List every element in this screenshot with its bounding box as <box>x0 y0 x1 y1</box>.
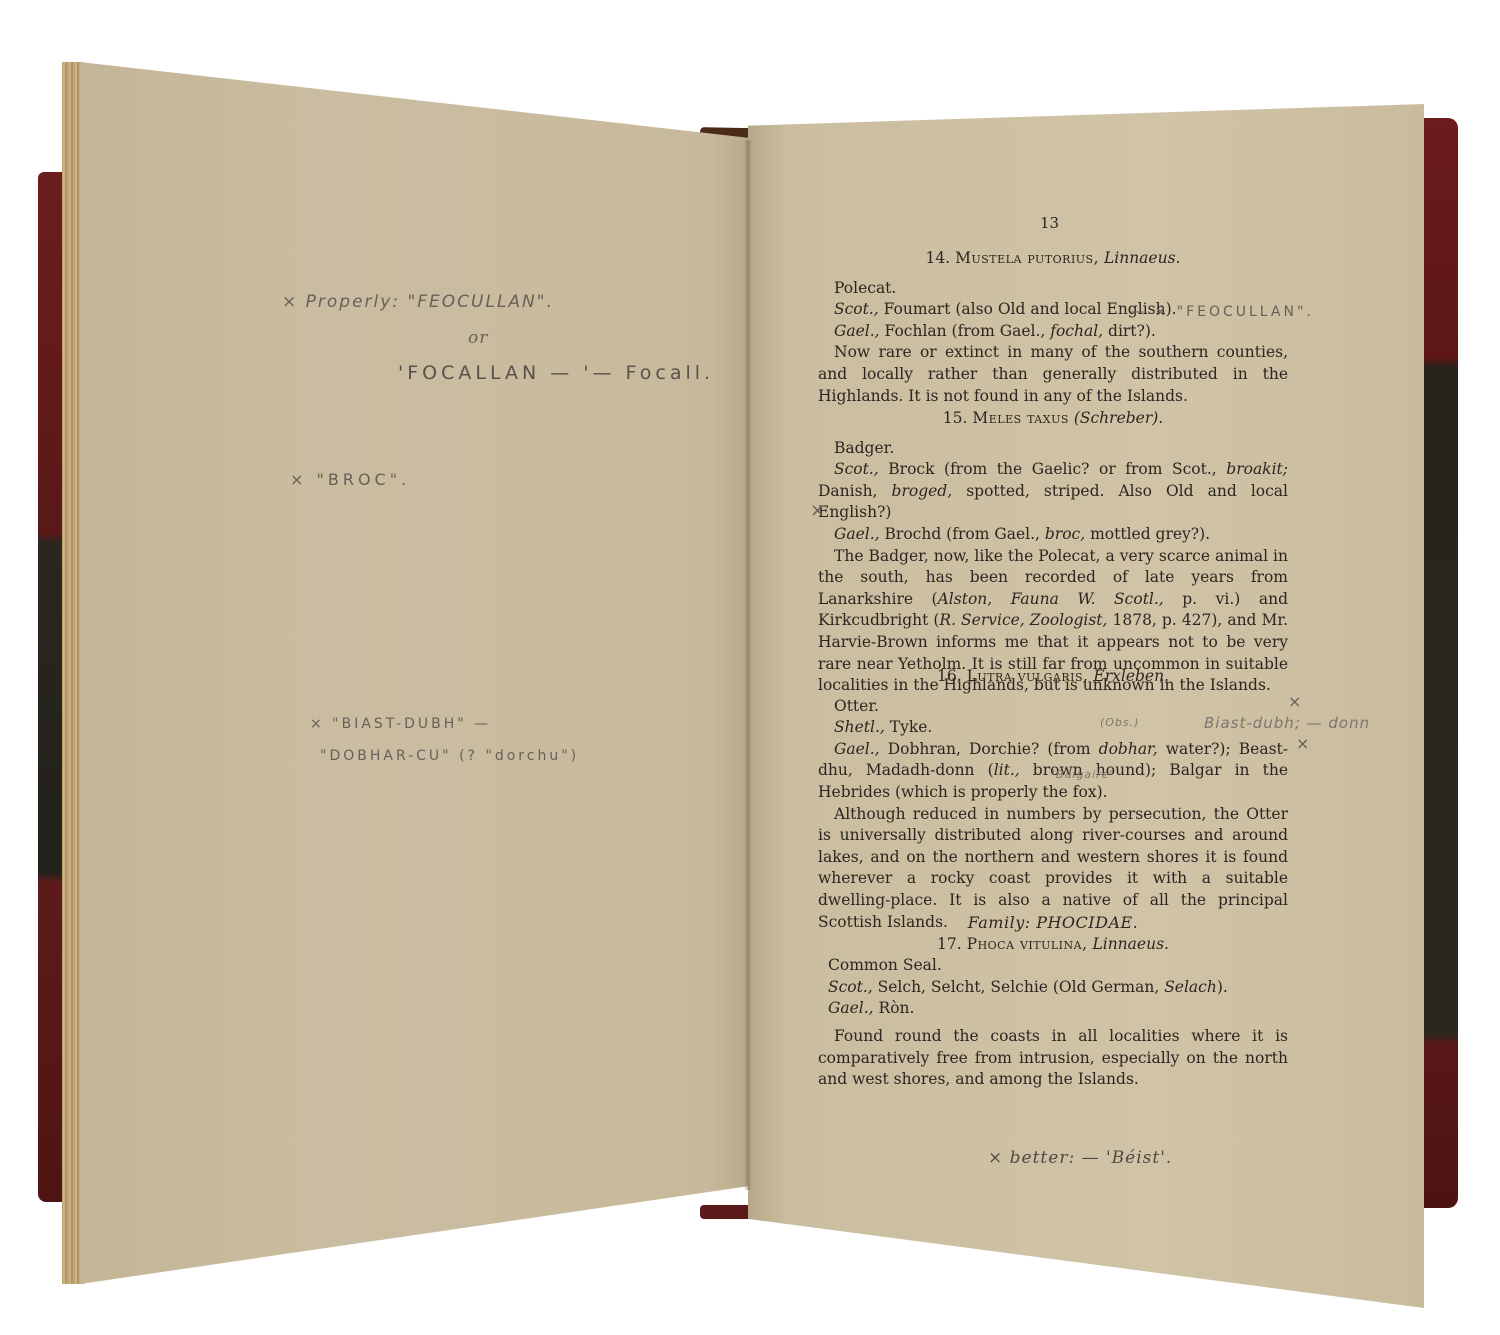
scot-text: Danish, <box>818 482 892 500</box>
gael-text: Fochlan (from Gael., <box>880 322 1051 340</box>
margin-mark-x-top: × <box>1288 692 1303 711</box>
gael-italic: broc, <box>1045 525 1085 543</box>
scot-italic: Selach <box>1164 978 1217 996</box>
shetl-text: Tyke. <box>885 718 933 736</box>
gael-line: Gael., Fochlan (from Gael., fochal, dirt… <box>818 321 1288 343</box>
shetl-label: Shetl., <box>834 718 885 736</box>
scot-text: Brock (from the Gaelic? or from Scot., <box>879 460 1227 478</box>
citation: R. Service, Zoologist, <box>939 611 1107 629</box>
family-heading: Family: PHOCIDAE. <box>818 912 1288 934</box>
species-name: Phoca vitulina, <box>967 935 1088 953</box>
annotation-focallan: 'FOCALLAN — '— Focall. <box>398 362 714 384</box>
margin-note-biast-dubh: Biast-dubh; — donn <box>1204 714 1370 732</box>
entry-number: 14. <box>926 249 951 267</box>
entry-14: 14. Mustela putorius, Linnaeus. Polecat.… <box>818 248 1288 407</box>
back-cover-right <box>1420 118 1458 1208</box>
entry-heading: 14. Mustela putorius, Linnaeus. <box>818 248 1288 270</box>
left-page <box>80 62 748 1284</box>
entry-heading: 16. Lutra vulgaris, Erxleben. <box>818 666 1288 688</box>
entry-heading: 15. Meles taxus (Schreber). <box>818 408 1288 430</box>
entry-15: 15. Meles taxus (Schreber). Badger. Scot… <box>818 408 1288 697</box>
gael-text: mottled grey?). <box>1085 525 1210 543</box>
gael-label: Gael., <box>834 525 880 543</box>
entry-heading: 17. Phoca vitulina, Linnaeus. <box>818 934 1288 956</box>
margin-mark-x-side: × <box>1296 734 1311 753</box>
gael-italic: fochal, <box>1050 322 1103 340</box>
scot-text: ). <box>1217 978 1228 996</box>
scot-line: Scot., Brock (from the Gaelic? or from S… <box>818 459 1288 524</box>
entry-number: 17. <box>937 935 962 953</box>
scot-label: Scot., <box>834 300 879 318</box>
annotation-properly: × Properly: "FEOCULLAN". <box>282 292 554 312</box>
annotation-or: or <box>468 328 488 348</box>
scot-italic: broakit; <box>1226 460 1288 478</box>
interlinear-balgaire: 'Balgaire' <box>1052 768 1113 781</box>
scot-label: Scot., <box>834 460 879 478</box>
gael-label: Gael., <box>828 999 874 1017</box>
gael-label: Gael., <box>834 322 880 340</box>
common-name: Common Seal. <box>818 955 1288 977</box>
citation: Alston, Fauna W. Scotl., <box>938 590 1164 608</box>
page-number: 13 <box>1040 214 1059 232</box>
entry-body: Now rare or extinct in many of the south… <box>818 342 1288 407</box>
gael-text: Ròn. <box>874 999 915 1017</box>
species-name: Mustela putorius, <box>955 249 1099 267</box>
margin-note-feocullan: — × "FEOCULLAN". <box>1130 304 1314 320</box>
gael-italic: lit., <box>994 761 1020 779</box>
gael-text: Dobhran, Dorchie? (from <box>880 740 1099 758</box>
entry-17: Family: PHOCIDAE. 17. Phoca vitulina, Li… <box>818 912 1288 1091</box>
common-name: Badger. <box>818 438 1288 460</box>
gael-text: Brochd (from Gael., <box>880 525 1045 543</box>
gutter <box>744 140 752 1190</box>
authority: (Schreber). <box>1074 409 1163 427</box>
gael-text: dirt?). <box>1103 322 1156 340</box>
entry-body: Found round the coasts in all localities… <box>818 1026 1288 1091</box>
entry-16: 16. Lutra vulgaris, Erxleben. Otter. She… <box>818 666 1288 933</box>
margin-mark-x: × <box>810 500 827 521</box>
gael-line: Gael., Ròn. <box>818 998 1288 1020</box>
authority: Linnaeus. <box>1104 249 1181 267</box>
scot-line: Scot., Selch, Selcht, Selchie (Old Germa… <box>818 977 1288 999</box>
gael-label: Gael., <box>834 740 880 758</box>
footer-annotation-beist: × better: — 'Béist'. <box>988 1148 1172 1168</box>
entry-number: 15. <box>943 409 968 427</box>
scot-italic: broged, <box>892 482 953 500</box>
scot-label: Scot., <box>828 978 873 996</box>
annotation-broc: × "BROC". <box>290 470 410 489</box>
scot-text: Selch, Selcht, Selchie (Old German, <box>873 978 1164 996</box>
entry-number: 16. <box>937 667 962 685</box>
authority: Linnaeus. <box>1092 935 1169 953</box>
annotation-biast-dubh: × "BIAST-DUBH" — <box>310 716 491 732</box>
species-name: Lutra vulgaris, <box>967 667 1089 685</box>
open-book: × Properly: "FEOCULLAN". or 'FOCALLAN — … <box>0 0 1500 1335</box>
annotation-dobhar-cu: "DOBHAR-CU" (? "dorchu") <box>320 748 579 764</box>
common-name: Polecat. <box>818 278 1288 300</box>
authority: Erxleben. <box>1093 667 1169 685</box>
interlinear-obs: (Obs.) <box>1100 716 1139 729</box>
gael-italic: dobhar, <box>1099 740 1158 758</box>
species-name: Meles taxus <box>972 409 1069 427</box>
gael-line: Gael., Brochd (from Gael., broc, mottled… <box>818 524 1288 546</box>
